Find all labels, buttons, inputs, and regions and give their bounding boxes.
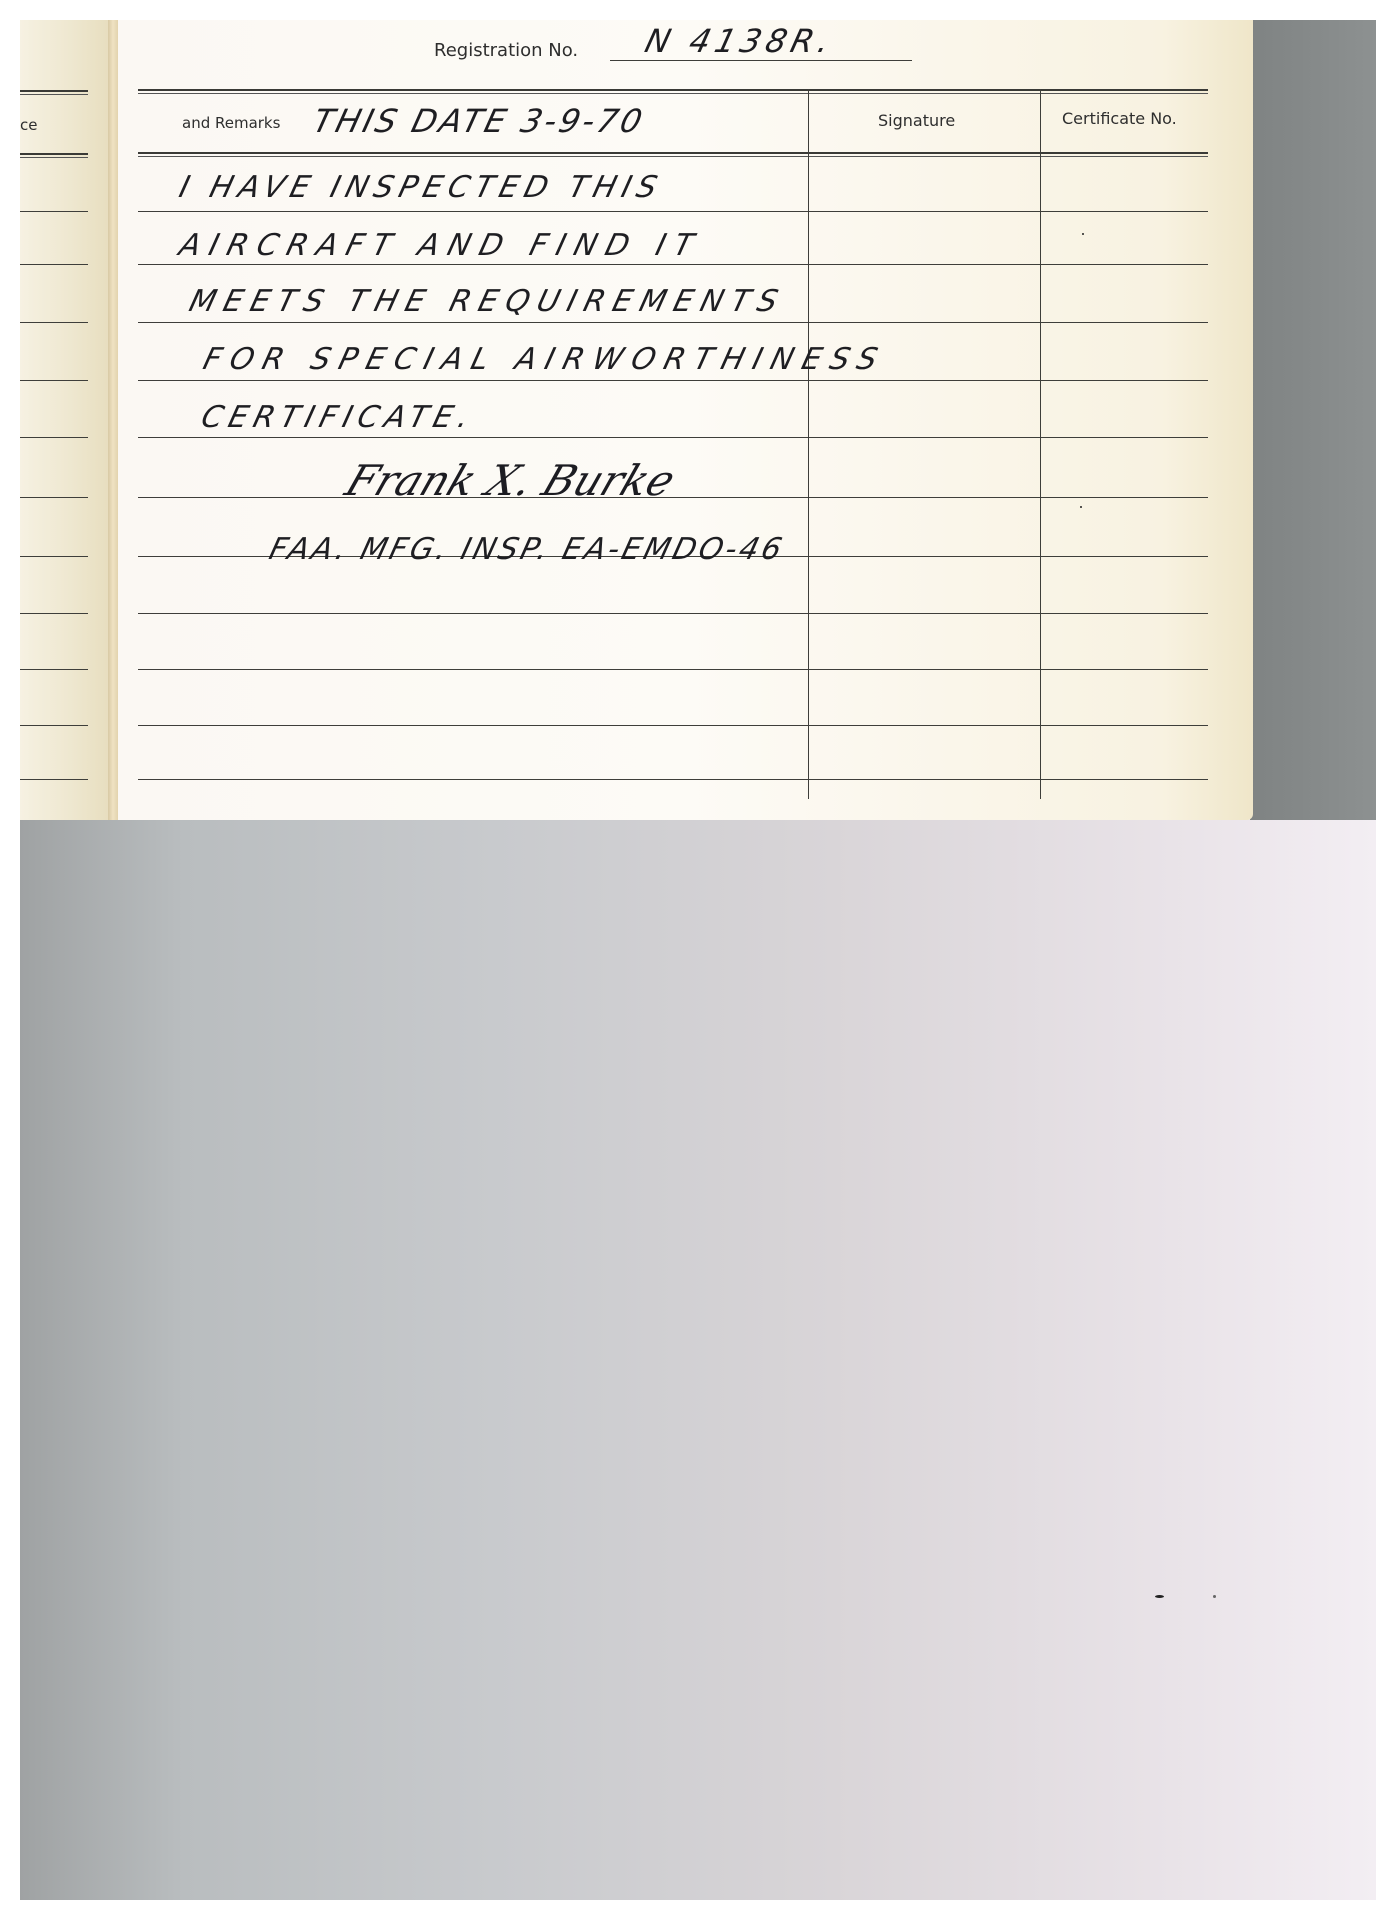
row-rule — [138, 725, 1208, 726]
certificate-column-header: Certificate No. — [1062, 109, 1177, 128]
signature-column-header: Signature — [878, 111, 955, 130]
entry-line-1: I HAVE INSPECTED THIS — [176, 170, 667, 205]
left-row-rule — [20, 264, 88, 265]
remarks-column-header: and Remarks — [182, 114, 280, 132]
entry-line-3: MEETS THE REQUIREMENTS — [186, 284, 789, 319]
logbook-page: Registration No. N 4138R. and Remarks TH… — [118, 20, 1253, 820]
binding-gutter — [108, 20, 118, 820]
row-rule — [138, 211, 1208, 212]
registration-label: Registration No. — [434, 40, 578, 61]
entry-line-5: CERTIFICATE. — [198, 400, 479, 435]
left-row-rule — [20, 322, 88, 323]
signature-column-divider — [808, 89, 809, 799]
registration-number: N 4138R. — [641, 22, 838, 60]
header-top-rule — [138, 89, 1208, 91]
entry-date: THIS DATE 3-9-70 — [309, 102, 649, 140]
row-rule — [138, 380, 1208, 381]
scanner-background-shadow — [1250, 20, 1376, 820]
left-page-column-fragment: ce — [20, 116, 37, 134]
left-row-rule — [20, 613, 88, 614]
row-rule — [138, 779, 1208, 780]
left-row-rule — [20, 725, 88, 726]
row-rule — [138, 322, 1208, 323]
inspector-signature: Frank X. Burke — [339, 456, 682, 505]
entry-line-4: FOR SPECIAL AIRWORTHINESS — [200, 342, 890, 377]
paper-speck — [1082, 233, 1084, 235]
left-row-rule — [20, 779, 88, 780]
row-rule — [138, 264, 1208, 265]
left-row-rule — [20, 669, 88, 670]
inspector-title: FAA. MFG. INSP. EA-EMDO-46 — [266, 532, 789, 567]
left-row-rule — [20, 437, 88, 438]
row-rule — [138, 437, 1208, 438]
paper-speck — [1080, 506, 1082, 508]
scanner-dust-mark — [1213, 1595, 1216, 1598]
left-row-rule — [20, 556, 88, 557]
row-rule — [138, 669, 1208, 670]
entry-line-2: AIRCRAFT AND FIND IT — [176, 228, 706, 263]
left-row-rule — [20, 211, 88, 212]
left-header-top-rule — [20, 90, 88, 92]
row-rule — [138, 613, 1208, 614]
scanner-dust-mark — [1155, 1595, 1164, 1598]
header-bottom-rule — [138, 152, 1208, 154]
left-page-edge: ce — [20, 20, 116, 820]
registration-underline — [610, 60, 912, 61]
left-row-rule — [20, 497, 88, 498]
left-row-rule — [20, 380, 88, 381]
row-rule — [138, 497, 1208, 498]
left-header-bottom-rule — [20, 153, 88, 155]
certificate-column-divider — [1040, 89, 1041, 799]
